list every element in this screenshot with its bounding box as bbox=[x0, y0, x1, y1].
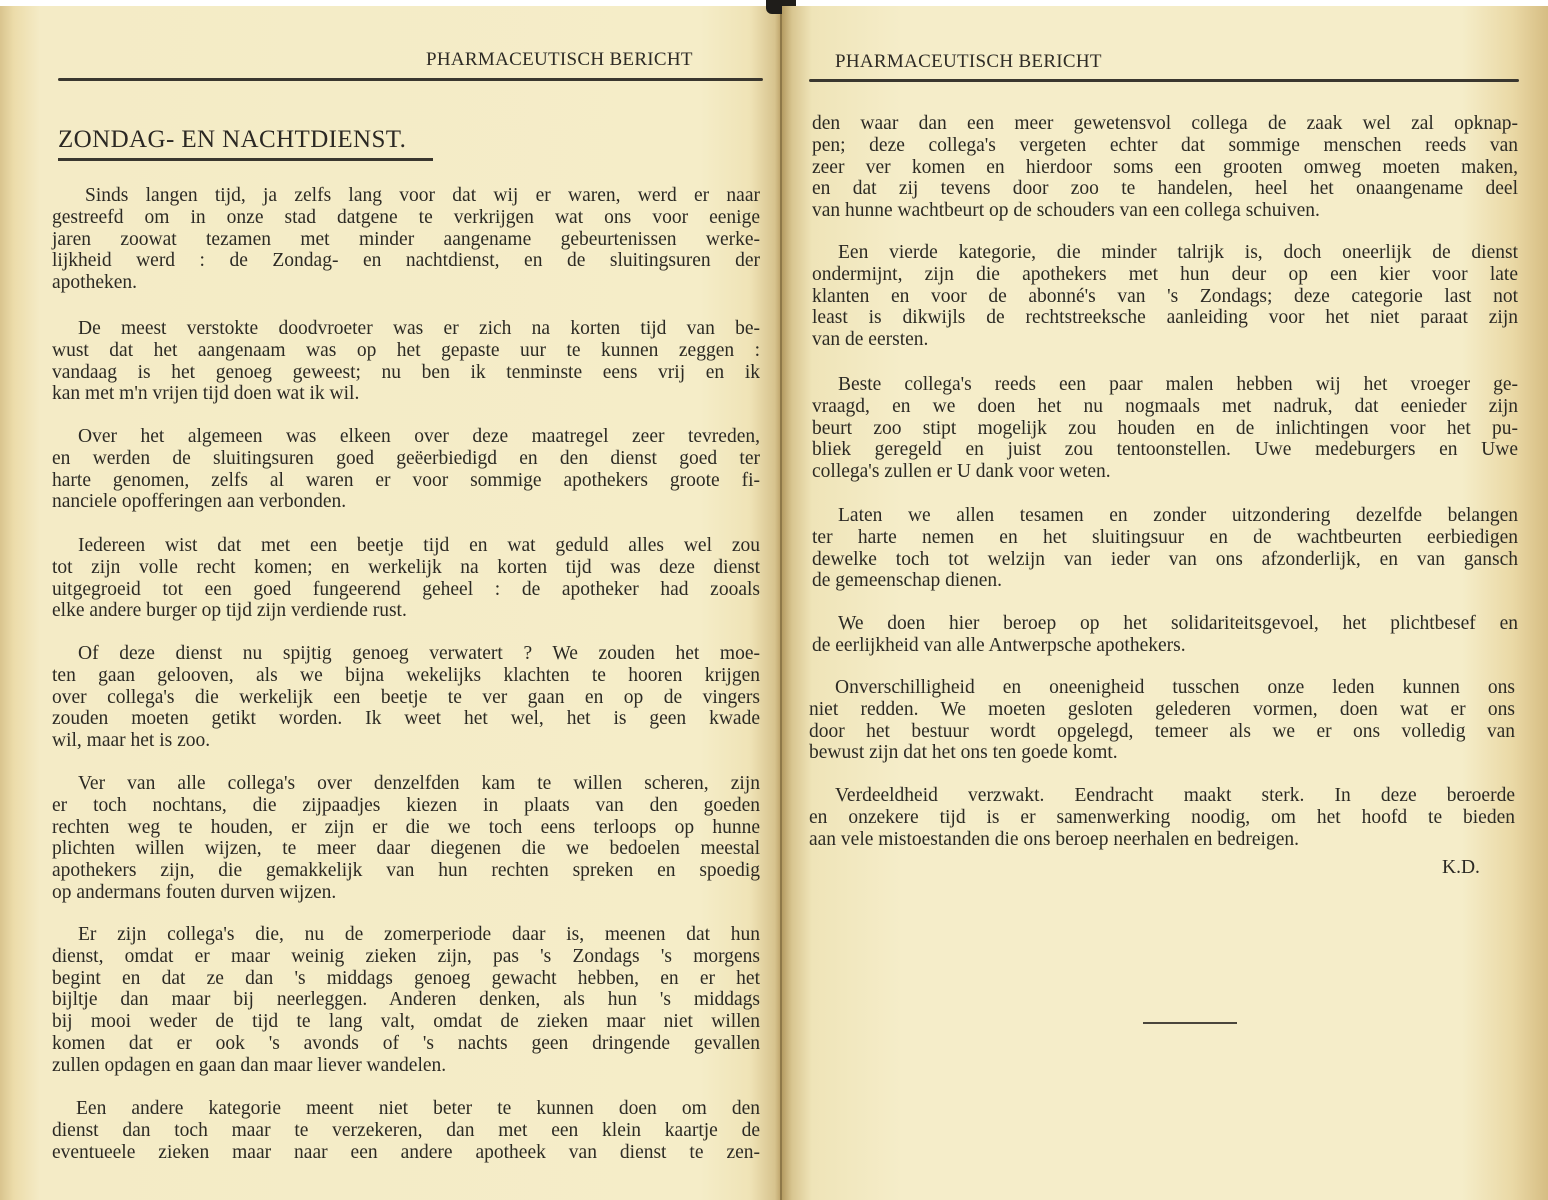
paragraph: Er zijn collega's die, nu de zomerperiod… bbox=[52, 924, 760, 1077]
paragraph: De meest verstokte doodvroeter was er zi… bbox=[52, 318, 760, 405]
paragraph: Een vierde kategorie, die minder talrijk… bbox=[812, 242, 1518, 351]
paragraph: den waar dan een meer gewetensvol colleg… bbox=[812, 113, 1518, 222]
author-signature: K.D. bbox=[1442, 857, 1480, 879]
paragraph: Onverschilligheid en oneenigheid tussche… bbox=[809, 677, 1515, 764]
paragraph: Laten we allen tesamen en zonder uitzond… bbox=[812, 505, 1518, 592]
paragraph: Een andere kategorie meent niet beter te… bbox=[52, 1098, 760, 1163]
header-rule-right bbox=[809, 79, 1519, 82]
paragraph: Verdeeldheid verzwakt. Eendracht maakt s… bbox=[809, 785, 1515, 850]
paragraph: Of deze dienst nu spijtig genoeg verwate… bbox=[52, 643, 760, 752]
right-page: PHARMACEUTISCH BERICHT den waar dan een … bbox=[782, 6, 1548, 1200]
paragraph: Beste collega's reeds een paar malen heb… bbox=[812, 374, 1518, 483]
title-underline bbox=[58, 158, 433, 161]
paragraph: Iedereen wist dat met een beetje tijd en… bbox=[52, 535, 760, 622]
running-head-left: PHARMACEUTISCH BERICHT bbox=[426, 49, 693, 71]
header-rule-left bbox=[58, 78, 763, 81]
running-head-right: PHARMACEUTISCH BERICHT bbox=[835, 51, 1102, 73]
article-title: ZONDAG- EN NACHTDIENST. bbox=[58, 126, 406, 154]
paragraph: We doen hier beroep op het solidariteits… bbox=[812, 613, 1518, 657]
end-of-article-rule bbox=[1143, 1022, 1237, 1024]
left-page: PHARMACEUTISCH BERICHT ZONDAG- EN NACHTD… bbox=[0, 6, 782, 1200]
paragraph: Over het algemeen was elkeen over deze m… bbox=[52, 426, 760, 513]
paragraph: Sinds langen tijd, ja zelfs lang voor da… bbox=[52, 185, 760, 294]
paragraph: Ver van alle collega's over denzelfden k… bbox=[52, 773, 760, 904]
